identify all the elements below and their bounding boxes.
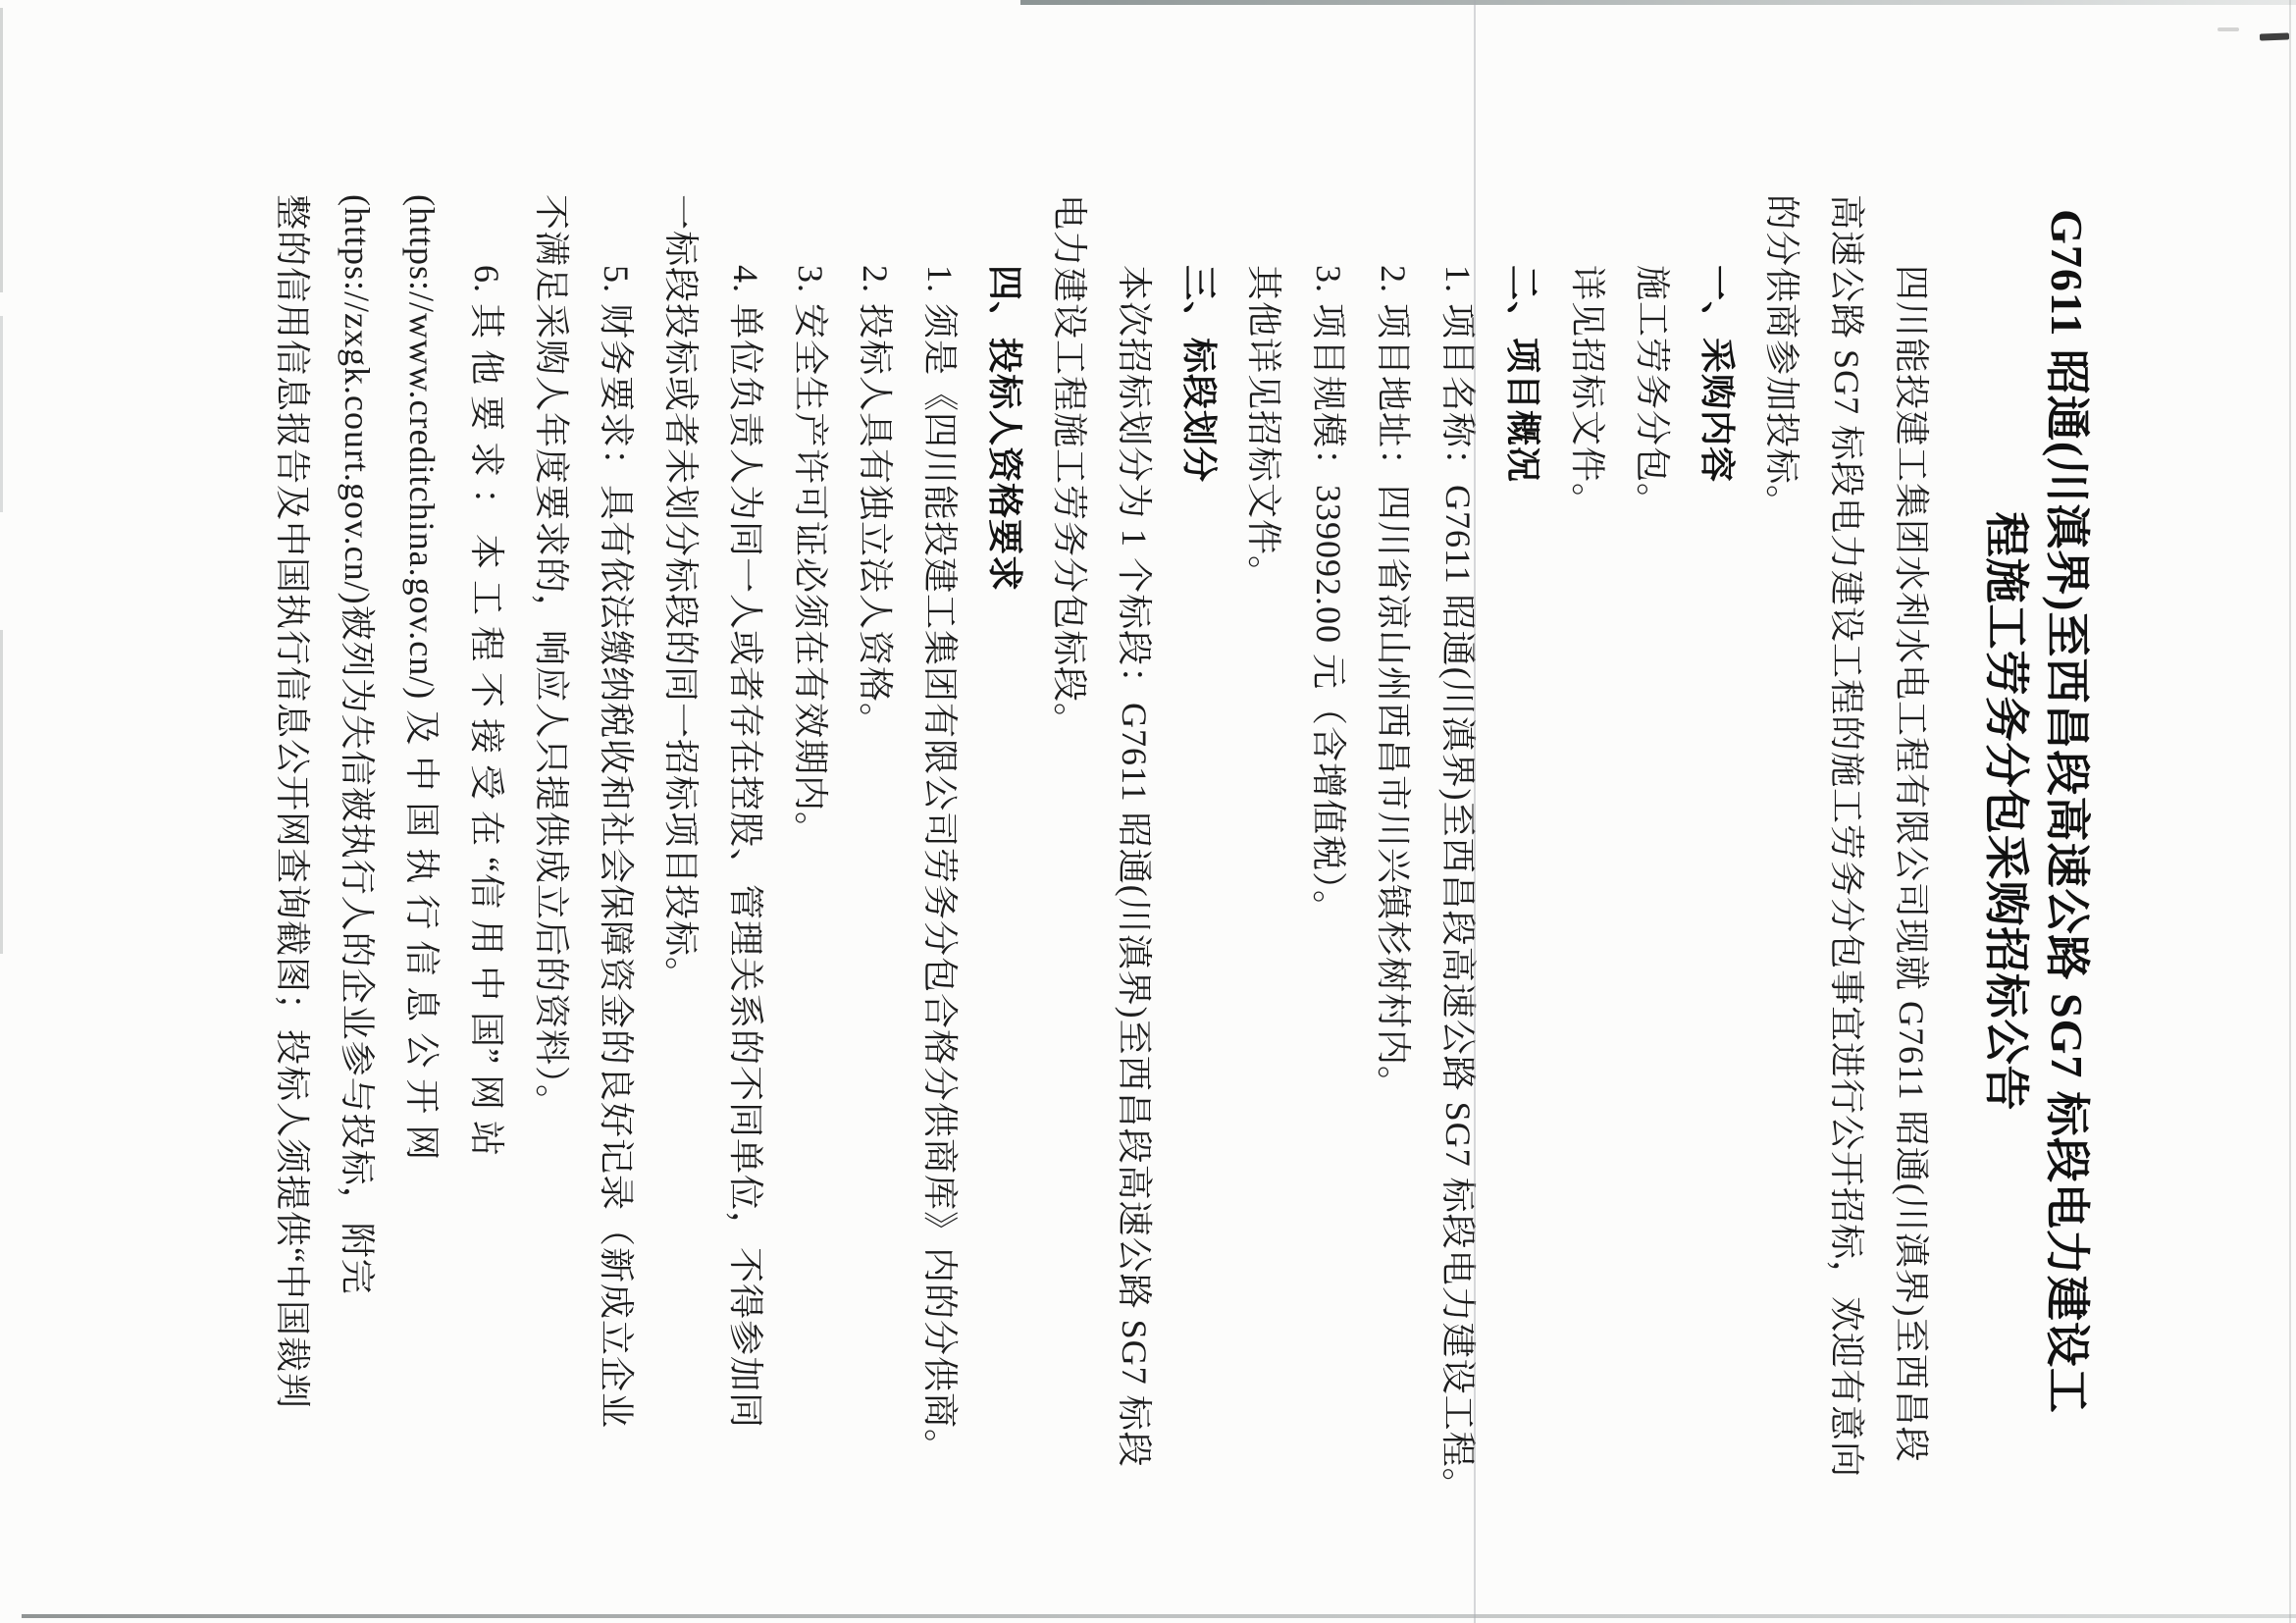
doc-text-line: (https://www.creditchina.gov.cn/) 及 中 国 … bbox=[390, 194, 454, 1429]
doc-heading-line: 二、项目概况 bbox=[1490, 194, 1555, 1429]
doc-text-line: 详见招标文件。 bbox=[1555, 194, 1620, 1429]
doc-text-line: 施工劳务分包。 bbox=[1620, 194, 1685, 1429]
doc-text-line: 6. 其 他 要 求 ： 本 工 程 不 接 受 在 “信 用 中 国” 网 站 bbox=[454, 194, 519, 1429]
doc-text-line: 高速公路 SG7 标段电力建设工程的施工劳务分包事宜进行公开招标，欢迎有意向 bbox=[1814, 194, 1879, 1429]
document-body: 四川能投建工集团水利水电工程有限公司现就 G7611 昭通(川滇界)至西昌段高速… bbox=[260, 194, 1944, 1429]
doc-text-line: 整的信用信息报告及中国执行信息公开网查询截图；投标人须提供“中国裁判 bbox=[260, 194, 325, 1429]
scanned-page: G7611 昭通(川滇界)至西昌段高速公路 SG7 标段电力建设工 程施工劳务分… bbox=[0, 0, 2296, 1623]
doc-text-line: 电力建设工程施工劳务分包标段。 bbox=[1037, 194, 1102, 1429]
doc-text-line: 5. 财务要求：具有依法缴纳税收和社会保障资金的良好记录（新成立企业 bbox=[584, 194, 649, 1429]
doc-text-line: 3. 安全生产许可证必须在有效期内。 bbox=[778, 194, 843, 1429]
doc-text-line: 3. 项目规模：339092.00 元（含增值税）。 bbox=[1296, 194, 1361, 1429]
doc-text-line: 四川能投建工集团水利水电工程有限公司现就 G7611 昭通(川滇界)至西昌段 bbox=[1879, 194, 1944, 1429]
document-title: G7611 昭通(川滇界)至西昌段高速公路 SG7 标段电力建设工 程施工劳务分… bbox=[1975, 194, 2097, 1429]
doc-text-line: 2. 项目地址：四川省凉山州西昌市川兴镇杉树村内。 bbox=[1361, 194, 1426, 1429]
doc-text-line: 4. 单位负责人为同一人或者存在控股、管理关系的不同单位，不得参加同 bbox=[713, 194, 778, 1429]
doc-text-line: 1. 项目名称：G7611 昭通(川滇界)至西昌段高速公路 SG7 标段电力建设… bbox=[1426, 194, 1490, 1429]
doc-text-line: 2. 投标人具有独立法人资格。 bbox=[843, 194, 908, 1429]
doc-heading-line: 一、采购内容 bbox=[1685, 194, 1749, 1429]
doc-text-line: 不满足采购人年度要求的，响应人只提供成立后的资料）。 bbox=[519, 194, 584, 1429]
doc-text-line: 的分供商参加投标。 bbox=[1749, 194, 1814, 1429]
title-line-1: G7611 昭通(川滇界)至西昌段高速公路 SG7 标段电力建设工 bbox=[2036, 194, 2097, 1429]
doc-text-line: 一标段投标或者未划分标段的同一招标项目投标。 bbox=[649, 194, 713, 1429]
doc-text-line: (https://zxgk.court.gov.cn/)被列为失信被执行人的企业… bbox=[325, 194, 390, 1429]
doc-text-line: 本次招标划分为 1 个标段：G7611 昭通(川滇界)至西昌段高速公路 SG7 … bbox=[1102, 194, 1167, 1429]
doc-text-line: 1. 须是《四川能投建工集团有限公司劳务分包合格分供商库》内的分供商。 bbox=[908, 194, 972, 1429]
doc-text-line: 其他详见招标文件。 bbox=[1231, 194, 1296, 1429]
doc-heading-line: 四、投标人资格要求 bbox=[972, 194, 1037, 1429]
doc-heading-line: 三、标段划分 bbox=[1167, 194, 1231, 1429]
document: G7611 昭通(川滇界)至西昌段高速公路 SG7 标段电力建设工 程施工劳务分… bbox=[0, 0, 2296, 1623]
title-line-2: 程施工劳务分包采购招标公告 bbox=[1975, 194, 2036, 1429]
